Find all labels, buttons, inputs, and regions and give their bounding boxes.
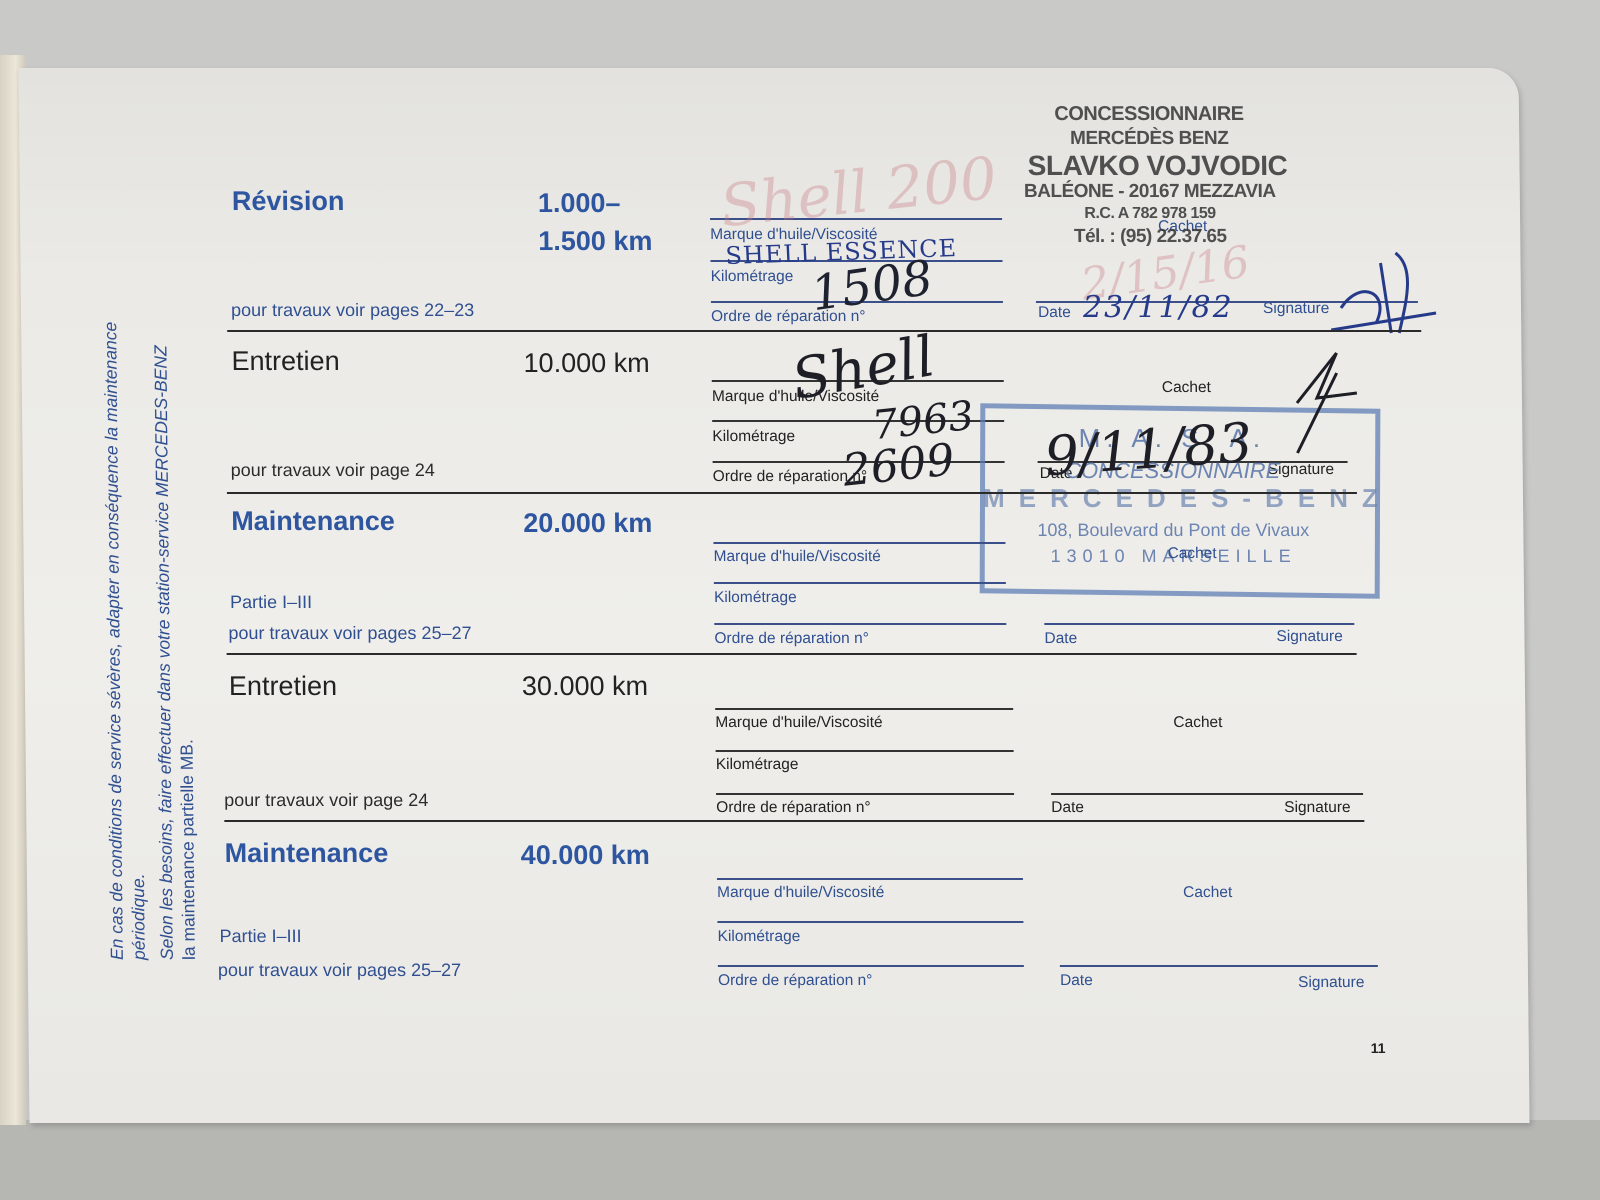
signature-label: Signature: [1276, 628, 1343, 646]
dealer-stamp-line: CONCESSIONNAIRE: [1004, 103, 1294, 126]
section-km: 40.000 km: [521, 840, 650, 871]
section-title: Révision: [232, 186, 345, 217]
maintenance-booklet-page: En cas de conditions de service sévères,…: [18, 68, 1529, 1123]
section-km: 10.000 km: [523, 348, 649, 379]
mileage-label: Kilométrage: [716, 756, 799, 774]
signature-label: Signature: [1263, 300, 1330, 318]
section-ref: pour travaux voir pages 25–27: [228, 623, 471, 644]
date-label: Date: [1060, 972, 1093, 990]
stamp-label: Cachet: [1183, 884, 1232, 902]
section-ref: pour travaux voir page 24: [231, 460, 435, 481]
repair-order-label: Ordre de réparation n°: [716, 799, 871, 817]
section-ref: pour travaux voir pages 22–23: [231, 300, 474, 321]
section-km-2: 1.500 km: [538, 226, 652, 257]
mileage-label: Kilométrage: [711, 268, 794, 286]
masa-stamp-line: MERCEDES-BENZ: [983, 483, 1363, 514]
mileage-label: Kilométrage: [714, 589, 797, 607]
handwritten-date: 23/11/82: [1083, 290, 1234, 325]
signature-label: Signature: [1284, 799, 1351, 817]
date-label: Date: [1038, 304, 1071, 322]
ghost-handwriting: Shell 200: [717, 144, 1001, 241]
section-title: Maintenance: [231, 506, 395, 537]
oil-label: Marque d'huile/Viscosité: [717, 884, 884, 902]
stamp-label: Cachet: [1162, 379, 1211, 397]
section-sub: Partie I–III: [230, 592, 312, 613]
repair-order-label: Ordre de réparation n°: [714, 630, 869, 648]
dealer-stamp-line: R.C. A 782 978 159: [1005, 205, 1295, 223]
section-title: Entretien: [231, 346, 339, 377]
section-divider: [227, 330, 1421, 332]
stamp-label: Cachet: [1167, 545, 1216, 563]
section-km: 20.000 km: [523, 508, 652, 539]
section-km: 1.000–: [538, 188, 621, 219]
dealer-stamp-line: Tél. : (95) 22.37.65: [1005, 226, 1295, 248]
section-divider: [224, 820, 1364, 822]
side-note-2: Selon les besoins, faire effectuer dans …: [149, 345, 199, 960]
date-label: Date: [1044, 630, 1077, 648]
signature-scribble: [1276, 343, 1367, 463]
repair-order-label: Ordre de réparation n°: [718, 972, 873, 990]
mileage-label: Kilométrage: [712, 428, 795, 446]
section-divider: [227, 653, 1357, 655]
masa-stamp-line: 108, Boulevard du Pont de Vivaux: [983, 520, 1363, 541]
stamp-label: Cachet: [1173, 714, 1222, 732]
dealer-stamp-name: SLAVKO VOJVODIC: [997, 150, 1317, 182]
section-divider: [227, 492, 1357, 494]
section-sub: Partie I–III: [219, 926, 301, 947]
handwritten-repair-order: 2609: [840, 434, 957, 496]
section-title: Entretien: [229, 671, 337, 702]
dealer-stamp-line: BALÉONE - 20167 MEZZAVIA: [1005, 181, 1295, 203]
mileage-label: Kilométrage: [717, 928, 800, 946]
section-km: 30.000 km: [522, 671, 648, 702]
oil-label: Marque d'huile/Viscosité: [715, 714, 882, 732]
side-note-1: En cas de conditions de service sévères,…: [99, 322, 150, 960]
section-ref: pour travaux voir page 24: [224, 790, 428, 811]
dealer-stamp-line: MERCÉDÈS BENZ: [1004, 128, 1294, 150]
signature-label: Signature: [1298, 974, 1365, 992]
date-label: Date: [1051, 799, 1084, 817]
section-title: Maintenance: [225, 838, 389, 869]
signature-scribble: [1320, 248, 1441, 338]
section-ref: pour travaux voir pages 25–27: [218, 960, 461, 981]
page-number: 11: [1371, 1040, 1386, 1056]
table-surface: [0, 1120, 1600, 1200]
oil-label: Marque d'huile/Viscosité: [714, 548, 881, 566]
